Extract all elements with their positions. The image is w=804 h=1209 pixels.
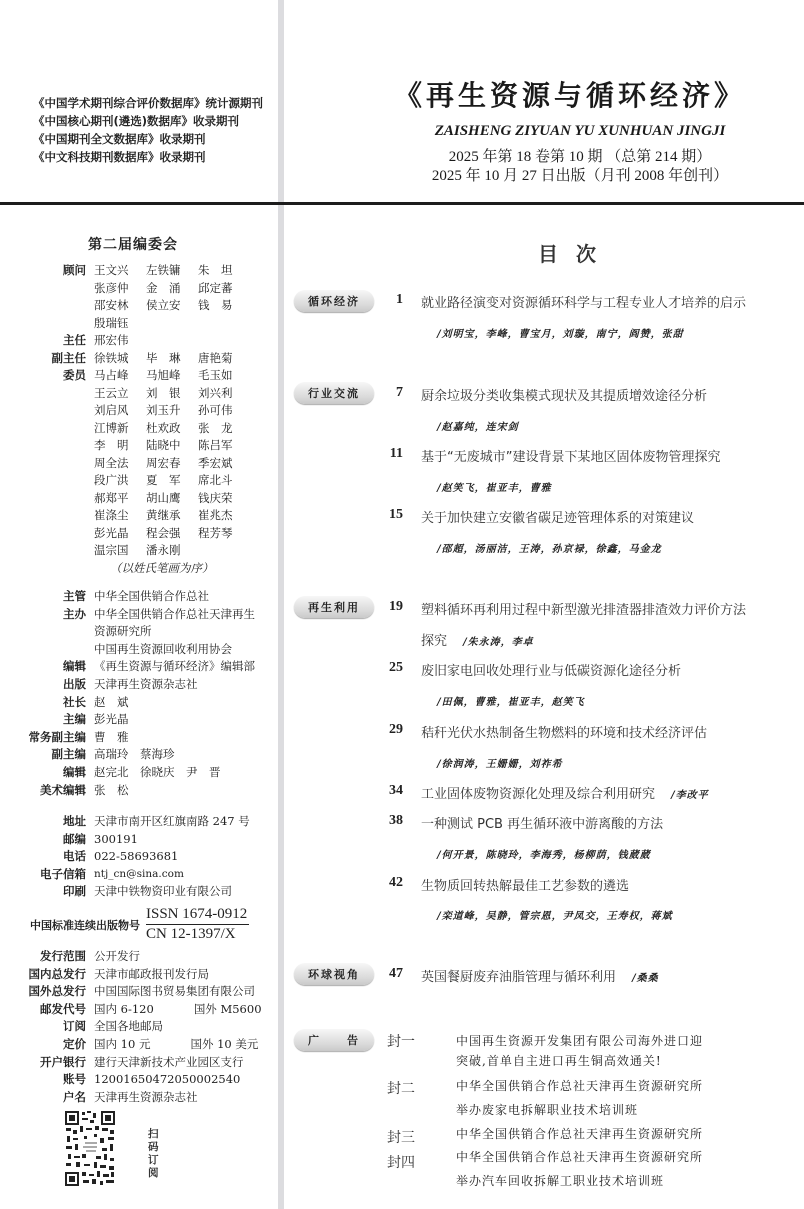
postcode: 300191: [94, 831, 138, 849]
info-label: 编辑: [20, 658, 94, 676]
article-title[interactable]: 塑料循环再利用过程中新型激光排渣器排渣效力评价方法: [421, 599, 746, 618]
article-title[interactable]: 厨余垃圾分类收集模式现状及其提质增效途径分析: [421, 385, 707, 404]
email-link[interactable]: ntj_cn@sina.com: [94, 866, 184, 884]
member: 崔兆杰: [198, 507, 250, 525]
member: 钱 易: [198, 297, 250, 315]
member: 段广洪: [94, 472, 146, 490]
info-label: 邮编: [20, 831, 94, 849]
member: 孙可伟: [198, 402, 250, 420]
info-label: 国内总发行: [20, 966, 94, 984]
page-number: 42: [373, 875, 403, 891]
section-tag: 环球视角: [294, 963, 374, 985]
member: 马占峰: [94, 367, 146, 385]
info-value: 天津再生资源杂志社: [94, 1089, 198, 1107]
issn-label: 中国标准连续出版物号: [30, 917, 140, 933]
info-label: 订阅: [20, 1018, 94, 1036]
article-authors: /刘明宝，李峰，曹宝月，刘璇，南宁，阎赞，张甜: [437, 325, 684, 340]
ad-text: 中华全国供销合作总社天津再生资源研究所举办汽车回收拆解工职业技术培训班: [456, 1147, 703, 1191]
page-number: 29: [373, 722, 403, 738]
info-value: 高瑞玲 蔡海珍: [94, 746, 175, 764]
ad-text: 中华全国供销合作总社天津再生资源研究所举办废家电拆解职业技术培训班: [456, 1076, 703, 1120]
member: 程会强: [146, 525, 198, 543]
info-value: 曹 雅: [94, 729, 129, 747]
issn-number: ISSN 1674-0912: [146, 906, 249, 925]
page-number: 15: [373, 507, 403, 523]
info-value: 资源研究所: [94, 623, 152, 641]
column-divider: [278, 0, 284, 1209]
member: 金 涌: [146, 280, 198, 298]
member: 郝郑平: [94, 490, 146, 508]
info-label: 账号: [20, 1071, 94, 1089]
member: 朱 坦: [198, 262, 250, 280]
member: 邵安林: [94, 297, 146, 315]
member: 殷瑞钰: [94, 315, 146, 333]
page-number: 1: [373, 292, 403, 308]
info-value: 建行天津新技术产业园区支行: [94, 1054, 244, 1072]
info-value: 中华全国供销合作总社天津再生: [94, 606, 255, 624]
article-authors: /徐润涛，王姗姗，刘祚希: [437, 755, 563, 770]
member: 毛玉如: [198, 367, 250, 385]
info-label: 电子信箱: [20, 866, 94, 884]
member: 刘玉升: [146, 402, 198, 420]
info-value: 中华全国供销合作总社: [94, 588, 209, 606]
member: 张彦仲: [94, 280, 146, 298]
page-number: 11: [373, 446, 403, 462]
role-label: 副主任: [20, 350, 94, 368]
info-label: 地址: [20, 813, 94, 831]
info-value: 国内 6-120: [94, 1001, 154, 1019]
info-label: 定价: [20, 1036, 94, 1054]
member: 江博新: [94, 420, 146, 438]
article-authors: /栾道峰，吴静，管宗恩，尹凤交，王寿权，蒋斌: [437, 907, 673, 922]
member: 侯立安: [146, 297, 198, 315]
info-label: 美术编辑: [20, 782, 94, 800]
header-rule: [0, 202, 804, 205]
ad-position: 封二: [387, 1078, 415, 1098]
board-title: 第二届编委会: [88, 234, 178, 254]
cn-number: CN 12-1397/X: [146, 925, 249, 943]
title-text: 工业固体废物资源化处理及综合利用研究: [421, 787, 655, 802]
article-authors: /何开景，陈晓玲，李海秀，杨柳荫，钱葳葳: [437, 846, 651, 861]
info-value: 全国各地邮局: [94, 1018, 163, 1036]
info-value: 中国再生资源回收利用协会: [94, 641, 232, 659]
ad-position: 封一: [387, 1031, 415, 1051]
ad-text: 中华全国供销合作总社天津再生资源研究所: [456, 1124, 703, 1144]
member: 胡山鹰: [146, 490, 198, 508]
member: 邢宏伟: [94, 332, 146, 350]
section-tag: 再生利用: [294, 596, 374, 618]
member: 邱定蕃: [198, 280, 250, 298]
info-value: 天津再生资源杂志社: [94, 676, 198, 694]
role-label: 委员: [20, 367, 94, 385]
member: 温宗国: [94, 542, 146, 560]
phone: 022-58693681: [94, 848, 178, 866]
distribution-info: 发行范围公开发行 国内总发行天津市邮政报刊发行局 国外总发行中国国际图书贸易集团…: [20, 948, 262, 1106]
qr-code-icon[interactable]: [64, 1110, 116, 1187]
info-value: 张 松: [94, 782, 129, 800]
member: 唐艳菊: [198, 350, 250, 368]
info-value: 赵完北 徐晓庆 尹 晋: [94, 764, 221, 782]
member: 刘启风: [94, 402, 146, 420]
title-continuation: 探究: [421, 634, 447, 649]
article-authors: /朱永涛，李卓: [463, 637, 534, 648]
indexing-item: 《中国期刊全文数据库》收录期刊: [33, 130, 263, 148]
page-number: 25: [373, 660, 403, 676]
section-tag: 广 告: [294, 1029, 374, 1051]
info-label: 印刷: [20, 883, 94, 901]
page-number: 38: [373, 813, 403, 829]
article-title[interactable]: 英国餐厨废弃油脂管理与循环利用/桑桑: [421, 966, 659, 985]
info-value: 《再生资源与循环经济》编辑部: [94, 658, 255, 676]
role-label: 主任: [20, 332, 94, 350]
info-label: 开户银行: [20, 1054, 94, 1072]
info-label: 户名: [20, 1089, 94, 1107]
issn-block: 中国标准连续出版物号 ISSN 1674-0912 CN 12-1397/X: [30, 906, 249, 943]
article-title-cont[interactable]: 探究/朱永涛，李卓: [421, 630, 534, 649]
member: 陆晓中: [146, 437, 198, 455]
board-note: （以姓氏笔画为序）: [20, 560, 250, 578]
member: 彭光晶: [94, 525, 146, 543]
member: 王云立: [94, 385, 146, 403]
page-number: 19: [373, 599, 403, 615]
indexing-item: 《中文科技期刊数据库》收录期刊: [33, 148, 263, 166]
member: 崔涤尘: [94, 507, 146, 525]
info-value: 天津市邮政报刊发行局: [94, 966, 209, 984]
info-label: 国外总发行: [20, 983, 94, 1001]
info-value: 国外 M5600: [194, 1001, 262, 1019]
journal-title: 《再生资源与循环经济》: [390, 74, 750, 114]
article-title[interactable]: 工业固体废物资源化处理及综合利用研究/李改平: [421, 783, 709, 802]
article-title[interactable]: 一种测试 PCB 再生循环液中游离酸的方法: [421, 813, 663, 832]
toc-title: 目次: [538, 238, 614, 267]
article-title[interactable]: 废旧家电回收处理行业与低碳资源化途径分析: [421, 660, 681, 679]
member: 周宏春: [146, 455, 198, 473]
article-title[interactable]: 关于加快建立安徽省碳足迹管理体系的对策建议: [421, 507, 694, 526]
account-number: 12001650472050002540: [94, 1071, 240, 1089]
contact-info: 地址天津市南开区红旗南路 247 号 邮编300191 电话022-586936…: [20, 813, 250, 901]
info-label: 主办: [20, 606, 94, 624]
article-authors: /田佩，曹雅，崔亚丰，赵笑飞: [437, 693, 585, 708]
info-value: 赵 斌: [94, 694, 129, 712]
page-number: 47: [373, 966, 403, 982]
price: 国外 10 美元: [190, 1036, 258, 1054]
article-authors: /赵笑飞，崔亚丰，曹雅: [437, 479, 552, 494]
journal-pinyin: ZAISHENG ZIYUAN YU XUNHUAN JINGJI: [410, 123, 750, 140]
article-title[interactable]: 秸秆光伏水热制备生物燃料的环境和技术经济评估: [421, 722, 707, 741]
member: 钱庆荣: [198, 490, 250, 508]
article-authors: /李改平: [671, 790, 709, 801]
info-value: 中国国际图书贸易集团有限公司: [94, 983, 255, 1001]
info-label: 主管: [20, 588, 94, 606]
info-label: 主编: [20, 711, 94, 729]
info-label: 出版: [20, 676, 94, 694]
indexing-item: 《中国核心期刊(遴选)数据库》收录期刊: [33, 112, 263, 130]
info-label: 电话: [20, 848, 94, 866]
publisher-info: 主管中华全国供销合作总社 主办中华全国供销合作总社天津再生 资源研究所 中国再生…: [20, 588, 255, 799]
editorial-board: 顾问王文兴左铁镛朱 坦 张彦仲金 涌邱定蕃 邵安林侯立安钱 易 殷瑞钰 主任邢宏…: [20, 262, 250, 577]
member: 马旭峰: [146, 367, 198, 385]
indexing-item: 《中国学术期刊综合评价数据库》统计源期刊: [33, 94, 263, 112]
section-tag: 行业交流: [294, 382, 374, 404]
info-label: 社长: [20, 694, 94, 712]
price: 国内 10 元: [94, 1036, 150, 1054]
info-label: 副主编: [20, 746, 94, 764]
ad-position: 封三: [387, 1127, 415, 1147]
member: 王文兴: [94, 262, 146, 280]
member: 黄继承: [146, 507, 198, 525]
article-authors: /桑桑: [632, 973, 659, 984]
member: 毕 琳: [146, 350, 198, 368]
member: 周全法: [94, 455, 146, 473]
member: 刘 银: [146, 385, 198, 403]
info-label: 编辑: [20, 764, 94, 782]
address: 天津市南开区红旗南路 247 号: [94, 813, 250, 831]
member: 潘永刚: [146, 542, 198, 560]
member: 张 龙: [198, 420, 250, 438]
ad-position: 封四: [387, 1152, 415, 1172]
qr-label: 扫码订阅: [148, 1128, 160, 1180]
info-label: 发行范围: [20, 948, 94, 966]
masthead: 《再生资源与循环经济》 ZAISHENG ZIYUAN YU XUNHUAN J…: [410, 74, 750, 186]
member: 夏 军: [146, 472, 198, 490]
issue-info: 2025 年第 18 卷第 10 期 （总第 214 期）: [410, 148, 750, 167]
member: 左铁镛: [146, 262, 198, 280]
role-label: 顾问: [20, 262, 94, 280]
member: 刘兴利: [198, 385, 250, 403]
publish-date: 2025 年 10 月 27 日出版（月刊 2008 年创刊）: [410, 167, 750, 186]
page-number: 34: [373, 783, 403, 799]
printer: 天津中铁物资印业有限公司: [94, 883, 232, 901]
title-text: 英国餐厨废弃油脂管理与循环利用: [421, 970, 616, 985]
member: 程芳琴: [198, 525, 250, 543]
info-value: 公开发行: [94, 948, 140, 966]
member: 季宏斌: [198, 455, 250, 473]
member: 李 明: [94, 437, 146, 455]
info-label: 邮发代号: [20, 1001, 94, 1019]
info-value: 彭光晶: [94, 711, 129, 729]
member: 杜欢政: [146, 420, 198, 438]
article-title[interactable]: 就业路径演变对资源循环科学与工程专业人才培养的启示: [421, 292, 746, 311]
page-number: 7: [373, 385, 403, 401]
ad-text: 中国再生资源开发集团有限公司海外进口迎突破,首单自主进口再生铜高效通关!: [456, 1031, 703, 1071]
indexing-list: 《中国学术期刊综合评价数据库》统计源期刊 《中国核心期刊(遴选)数据库》收录期刊…: [33, 94, 263, 166]
section-tag: 循环经济: [294, 290, 374, 312]
article-authors: /邵超，汤丽洁，王涛，孙京禄，徐鑫，马金龙: [437, 540, 662, 555]
member: 陈吕军: [198, 437, 250, 455]
article-title[interactable]: 基于“无废城市”建设背景下某地区固体废物管理探究: [421, 446, 720, 465]
member: 徐铁城: [94, 350, 146, 368]
info-label: 常务副主编: [20, 729, 94, 747]
article-title[interactable]: 生物质回转热解最佳工艺参数的遴选: [421, 875, 629, 894]
article-authors: /赵嘉纯，连宋剑: [437, 418, 519, 433]
member: 席北斗: [198, 472, 250, 490]
